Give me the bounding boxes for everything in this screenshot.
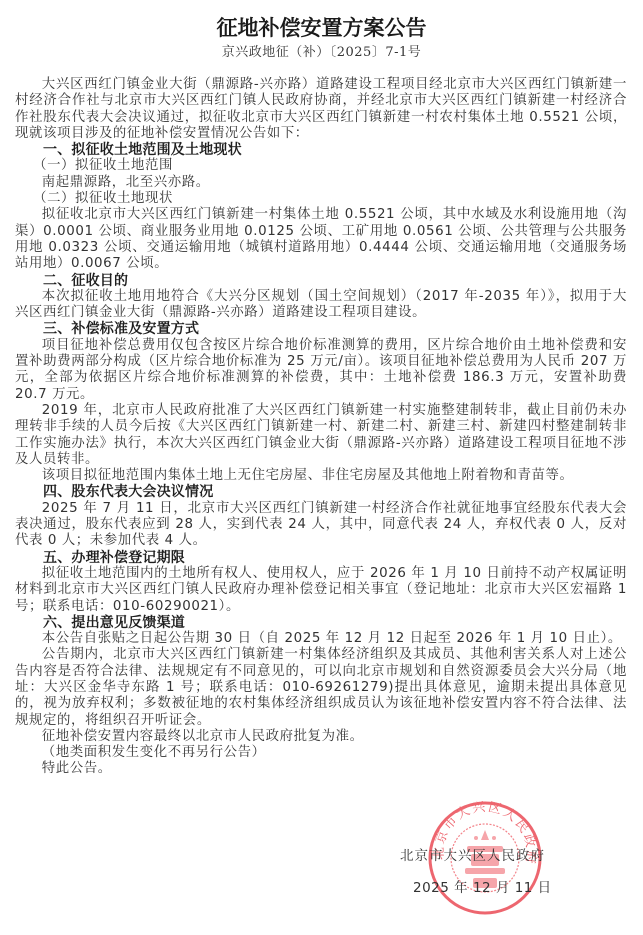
section-3-text-2: 2019 年，北京市人民政府批准了大兴区西红门镇新建一村实施整建制转非，截止目前… — [15, 403, 627, 468]
section-3-heading: 三、补偿标准及安置方式 — [15, 321, 627, 337]
document-body: 大兴区西红门镇金业大街（鼎源路-兴亦路）道路建设工程项目经北京市大兴区西红门镇新… — [15, 77, 627, 778]
section-1-sub1-heading: （一）拟征收土地范围 — [15, 158, 627, 174]
section-1-sub1-text: 南起鼎源路，北至兴亦路。 — [15, 175, 627, 191]
section-6-text-3: 征地补偿安置内容最终以北京市人民政府批复为准。 — [15, 729, 627, 745]
section-1-heading: 一、拟征收土地范围及土地现状 — [15, 142, 627, 158]
section-6-heading: 六、提出意见反馈渠道 — [15, 615, 627, 631]
section-6-text-4: （地类面积发生变化不再另行公告） — [15, 745, 627, 761]
section-1-sub2-heading: （二）拟征收土地现状 — [15, 191, 627, 207]
section-3-text-1: 项目征地补偿总费用仅包含按区片综合地价标准测算的费用，区片综合地价由土地补偿费和… — [15, 338, 627, 403]
section-2-text: 本次拟征收土地用地符合《大兴分区规划（国土空间规划）（2017 年-2035 年… — [15, 289, 627, 322]
section-6-text-1: 本公告自张贴之日起公告期 30 日（自 2025 年 12 月 12 日起至 2… — [15, 631, 627, 647]
section-5-text: 拟征收土地范围内的土地所有权人、使用权人，应于 2026 年 1 月 10 日前… — [15, 566, 627, 615]
section-1-sub2-text: 拟征收北京市大兴区西红门镇新建一村集体土地 0.5521 公顷，其中水域及水利设… — [15, 207, 627, 272]
intro-paragraph: 大兴区西红门镇金业大街（鼎源路-兴亦路）道路建设工程项目经北京市大兴区西红门镇新… — [15, 77, 627, 142]
section-6-text-5: 特此公告。 — [15, 761, 627, 777]
section-5-heading: 五、办理补偿登记期限 — [15, 550, 627, 566]
document-title: 征地补偿安置方案公告 — [0, 12, 643, 42]
issuer-name: 北京市大兴区人民政府 — [400, 844, 545, 864]
document-number: 京兴政地征（补）〔2025〕7-1号 — [0, 41, 643, 60]
section-4-heading: 四、股东代表大会决议情况 — [15, 484, 627, 500]
section-4-text: 2025 年 7 月 11 日，北京市大兴区西红门镇新建一村经济合作社就征地事宜… — [15, 501, 627, 550]
issue-date: 2025 年 12 月 11 日 — [413, 876, 552, 896]
section-3-text-3: 该项目拟征地范围内集体土地上无住宅房屋、非住宅房屋及其他地上附着物和青苗等。 — [15, 468, 627, 484]
notice-page: 征地补偿安置方案公告 京兴政地征（补）〔2025〕7-1号 大兴区西红门镇金业大… — [0, 0, 643, 935]
section-6-text-2: 公告期内，北京市大兴区西红门镇新建一村集体经济组织及其成员、其他利害关系人对上述… — [15, 647, 627, 728]
section-2-heading: 二、征收目的 — [15, 273, 627, 289]
